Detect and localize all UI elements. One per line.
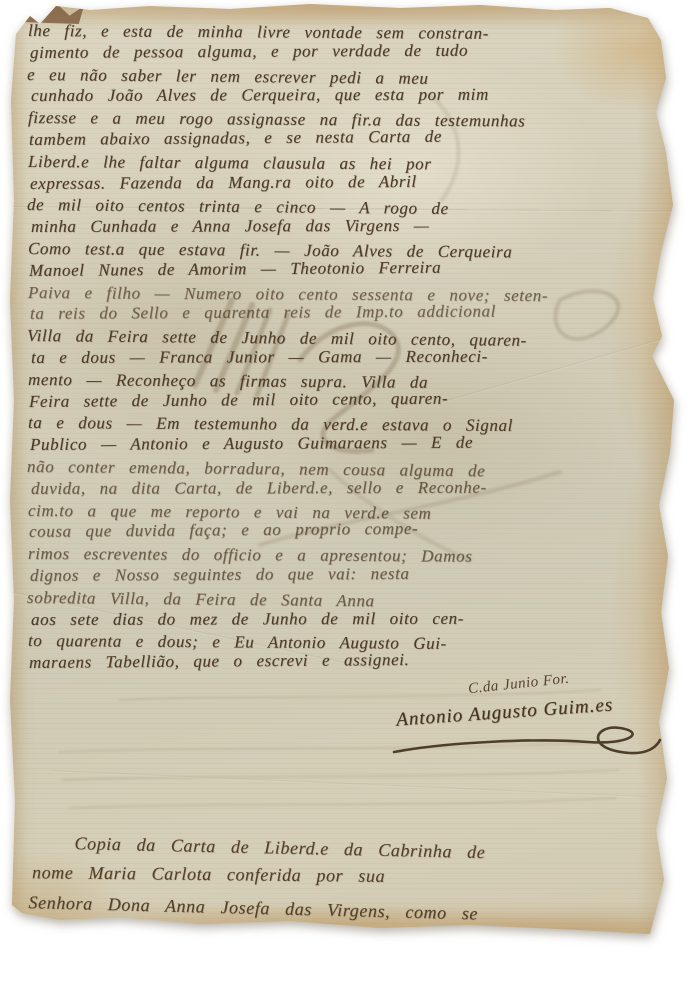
- manuscript-line: ta e dous — Franca Junior — Gama — Recon…: [31, 345, 651, 368]
- paper-sheet: lhe fiz, e esta de minha livre vontade s…: [0, 0, 693, 994]
- manuscript-line: ta reis do Sello e quarenta reis de Imp.…: [30, 300, 650, 325]
- manuscript-line: Feira sette de Junho de mil oito cento, …: [29, 386, 649, 413]
- manuscript-line: Manoel Nunes de Amorim — Theotonio Ferre…: [29, 255, 649, 282]
- addendum-line: Senhora Dona Anna Josefa das Virgens, co…: [28, 887, 639, 932]
- manuscript-line: cunhado João Alves de Cerqueira, que est…: [31, 84, 651, 107]
- manuscript-line: expressas. Fazenda da Mang.ra oito de Ab…: [30, 169, 650, 194]
- manuscript-line: maraens Tabellião, que o escrevi e assig…: [29, 647, 649, 674]
- manuscript-line: duvida, na dita Carta, de Liberd.e, sell…: [31, 476, 651, 499]
- manuscript-line: Publico — Antonio e Augusto Guimaraens —…: [30, 431, 650, 456]
- manuscript-line: gimento de pessoa alguma, e por verdade …: [30, 39, 650, 64]
- scanned-document: lhe fiz, e esta de minha livre vontade s…: [0, 0, 693, 994]
- manuscript-line: tambem abaixo assignadas, e se nesta Car…: [29, 124, 649, 151]
- manuscript-line: dignos e Nosso seguintes do que vai: nes…: [30, 562, 650, 587]
- manuscript-line: aos sete dias do mez de Junho de mil oit…: [31, 607, 651, 630]
- paper-surface: lhe fiz, e esta de minha livre vontade s…: [0, 0, 693, 994]
- manuscript-body: lhe fiz, e esta de minha livre vontade s…: [28, 20, 648, 674]
- addendum-paragraph: Copia da Carta de Liberd.e da Cabrinha d…: [29, 827, 640, 927]
- addendum-line: nome Maria Carlota conferida por sua: [32, 857, 642, 893]
- manuscript-line: cousa que duvida faça; e ao proprio comp…: [29, 516, 649, 543]
- manuscript-line: minha Cunhada e Anna Josefa das Virgens …: [31, 215, 651, 238]
